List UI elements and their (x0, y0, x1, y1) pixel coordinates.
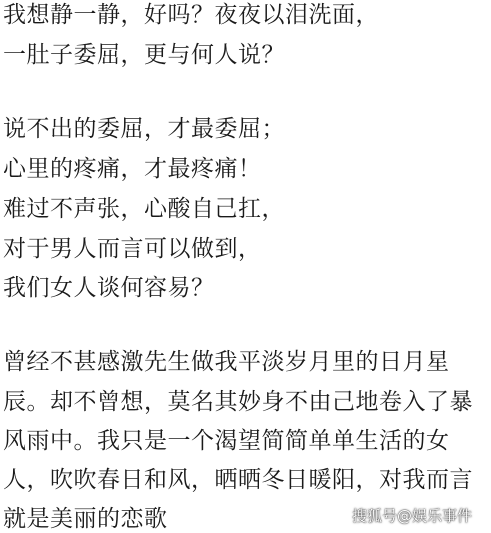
text-line: 对于男人而言可以做到， (3, 236, 262, 262)
text-line: 曾经不甚感激先生做我平淡岁月里的日月星 (3, 349, 450, 375)
text-line: 难过不声张，心酸自己扛， (3, 196, 285, 222)
text-line: 一肚子委屈，更与何人说？ (3, 42, 285, 68)
text-line: 心里的疼痛，才最疼痛！ (3, 156, 262, 182)
text-line: 说不出的委屈，才最委屈； (3, 116, 285, 142)
watermark: 搜狐号@娱乐事件 (352, 505, 472, 526)
text-line: 风雨中。我只是一个渴望简简单单生活的女 (3, 428, 450, 454)
text-line: 我想静一静，好吗？夜夜以泪洗面， (3, 2, 379, 28)
text-line: 我们女人谈何容易？ (3, 275, 215, 301)
text-line: 就是美丽的恋歌 (3, 506, 168, 532)
text-line: 辰。却不曾想，莫名其妙身不由己地卷入了暴 (3, 389, 473, 415)
text-line: 人，吹吹春日和风，晒晒冬日暖阳，对我而言 (3, 467, 473, 493)
